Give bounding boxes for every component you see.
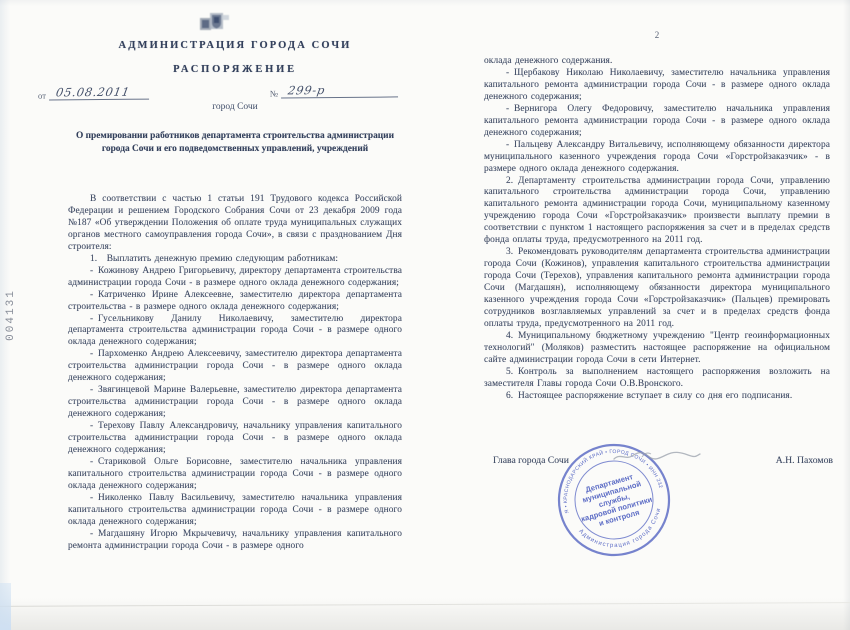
- paragraph: - Щербакову Николаю Николаевичу, замести…: [484, 68, 830, 104]
- page-2: 2 оклада денежного содержания.- Щербаков…: [484, 0, 830, 630]
- page-1: АДМИНИСТРАЦИЯ ГОРОДА СОЧИ РАСПОРЯЖЕНИЕ о…: [68, 0, 402, 630]
- paragraph: - Николенко Павлу Васильевичу, заместите…: [68, 493, 402, 529]
- paragraph: 1. Выплатить денежную премию следующим р…: [68, 254, 402, 266]
- scan-edge-strip: [0, 583, 11, 630]
- number-label: №: [270, 88, 278, 98]
- paragraph: - Кожинову Андрею Григорьевичу, директор…: [68, 266, 402, 290]
- paragraph: - Стариковой Ольге Борисовне, заместител…: [68, 457, 402, 493]
- paragraph: 2. Департаменту строительства администра…: [484, 176, 830, 248]
- paragraph: - Гусельникову Данилу Николаевичу, замес…: [68, 314, 402, 350]
- page-2-body-text: оклада денежного содержания.- Щербакову …: [484, 56, 830, 403]
- date-number-line: от 05.08.2011 № 299-р: [38, 84, 398, 100]
- paragraph: - Вернигора Олегу Федоровичу, заместител…: [484, 104, 830, 140]
- paragraph: 4. Муниципальному бюджетному учреждению …: [484, 331, 830, 367]
- document-title: О премировании работников департамента с…: [68, 130, 402, 156]
- paragraph: - Терехову Павлу Александровичу, начальн…: [68, 421, 402, 457]
- stamp-center-text: Департамент муниципальной службы, кадров…: [573, 469, 656, 533]
- date-label: от: [38, 91, 46, 101]
- paragraph: - Пархоменко Андрею Алексеевичу, замести…: [68, 349, 402, 385]
- paragraph: оклада денежного содержания.: [484, 56, 830, 68]
- date-underline: 05.08.2011: [49, 87, 149, 101]
- paragraph: - Катриченко Ирине Алексеевне, заместите…: [68, 290, 402, 314]
- handwritten-date: 05.08.2011: [48, 87, 131, 99]
- handwritten-number: 299-р: [280, 85, 326, 96]
- document-type-heading: РАСПОРЯЖЕНИЕ: [46, 64, 424, 75]
- page-number: 2: [484, 30, 830, 40]
- city-line: город Сочи: [46, 102, 424, 112]
- number-underline: 299-р: [281, 84, 398, 98]
- paragraph: - Пальцеву Александру Витальевичу, испол…: [484, 140, 830, 176]
- serial-number-vertical: 004131: [5, 280, 17, 350]
- scanned-document: 004131 АДМИНИСТРАЦИЯ ГОРОДА СОЧИ РАСПОРЯ…: [0, 0, 850, 630]
- paragraph: 5. Контроль за выполнением настоящего ра…: [484, 367, 830, 391]
- paragraph: 6. Настоящее распоряжение вступает в сил…: [484, 391, 830, 403]
- paragraph: - Магдашяну Игорю Мкрычевичу, начальнику…: [68, 529, 402, 553]
- signatory-name: А.Н. Пахомов: [776, 455, 833, 466]
- coat-of-arms-icon: [195, 11, 231, 39]
- page-1-body-text: В соответствии с частью 1 статьи 191 Тру…: [68, 194, 402, 553]
- paragraph: - Звягинцевой Марине Валерьевне, замести…: [68, 385, 402, 421]
- paragraph: 3. Рекомендовать руководителям департаме…: [484, 247, 830, 331]
- organization-name: АДМИНИСТРАЦИЯ ГОРОДА СОЧИ: [46, 40, 424, 51]
- handwritten-signature: [612, 447, 702, 465]
- paragraph: В соответствии с частью 1 статьи 191 Тру…: [68, 194, 402, 254]
